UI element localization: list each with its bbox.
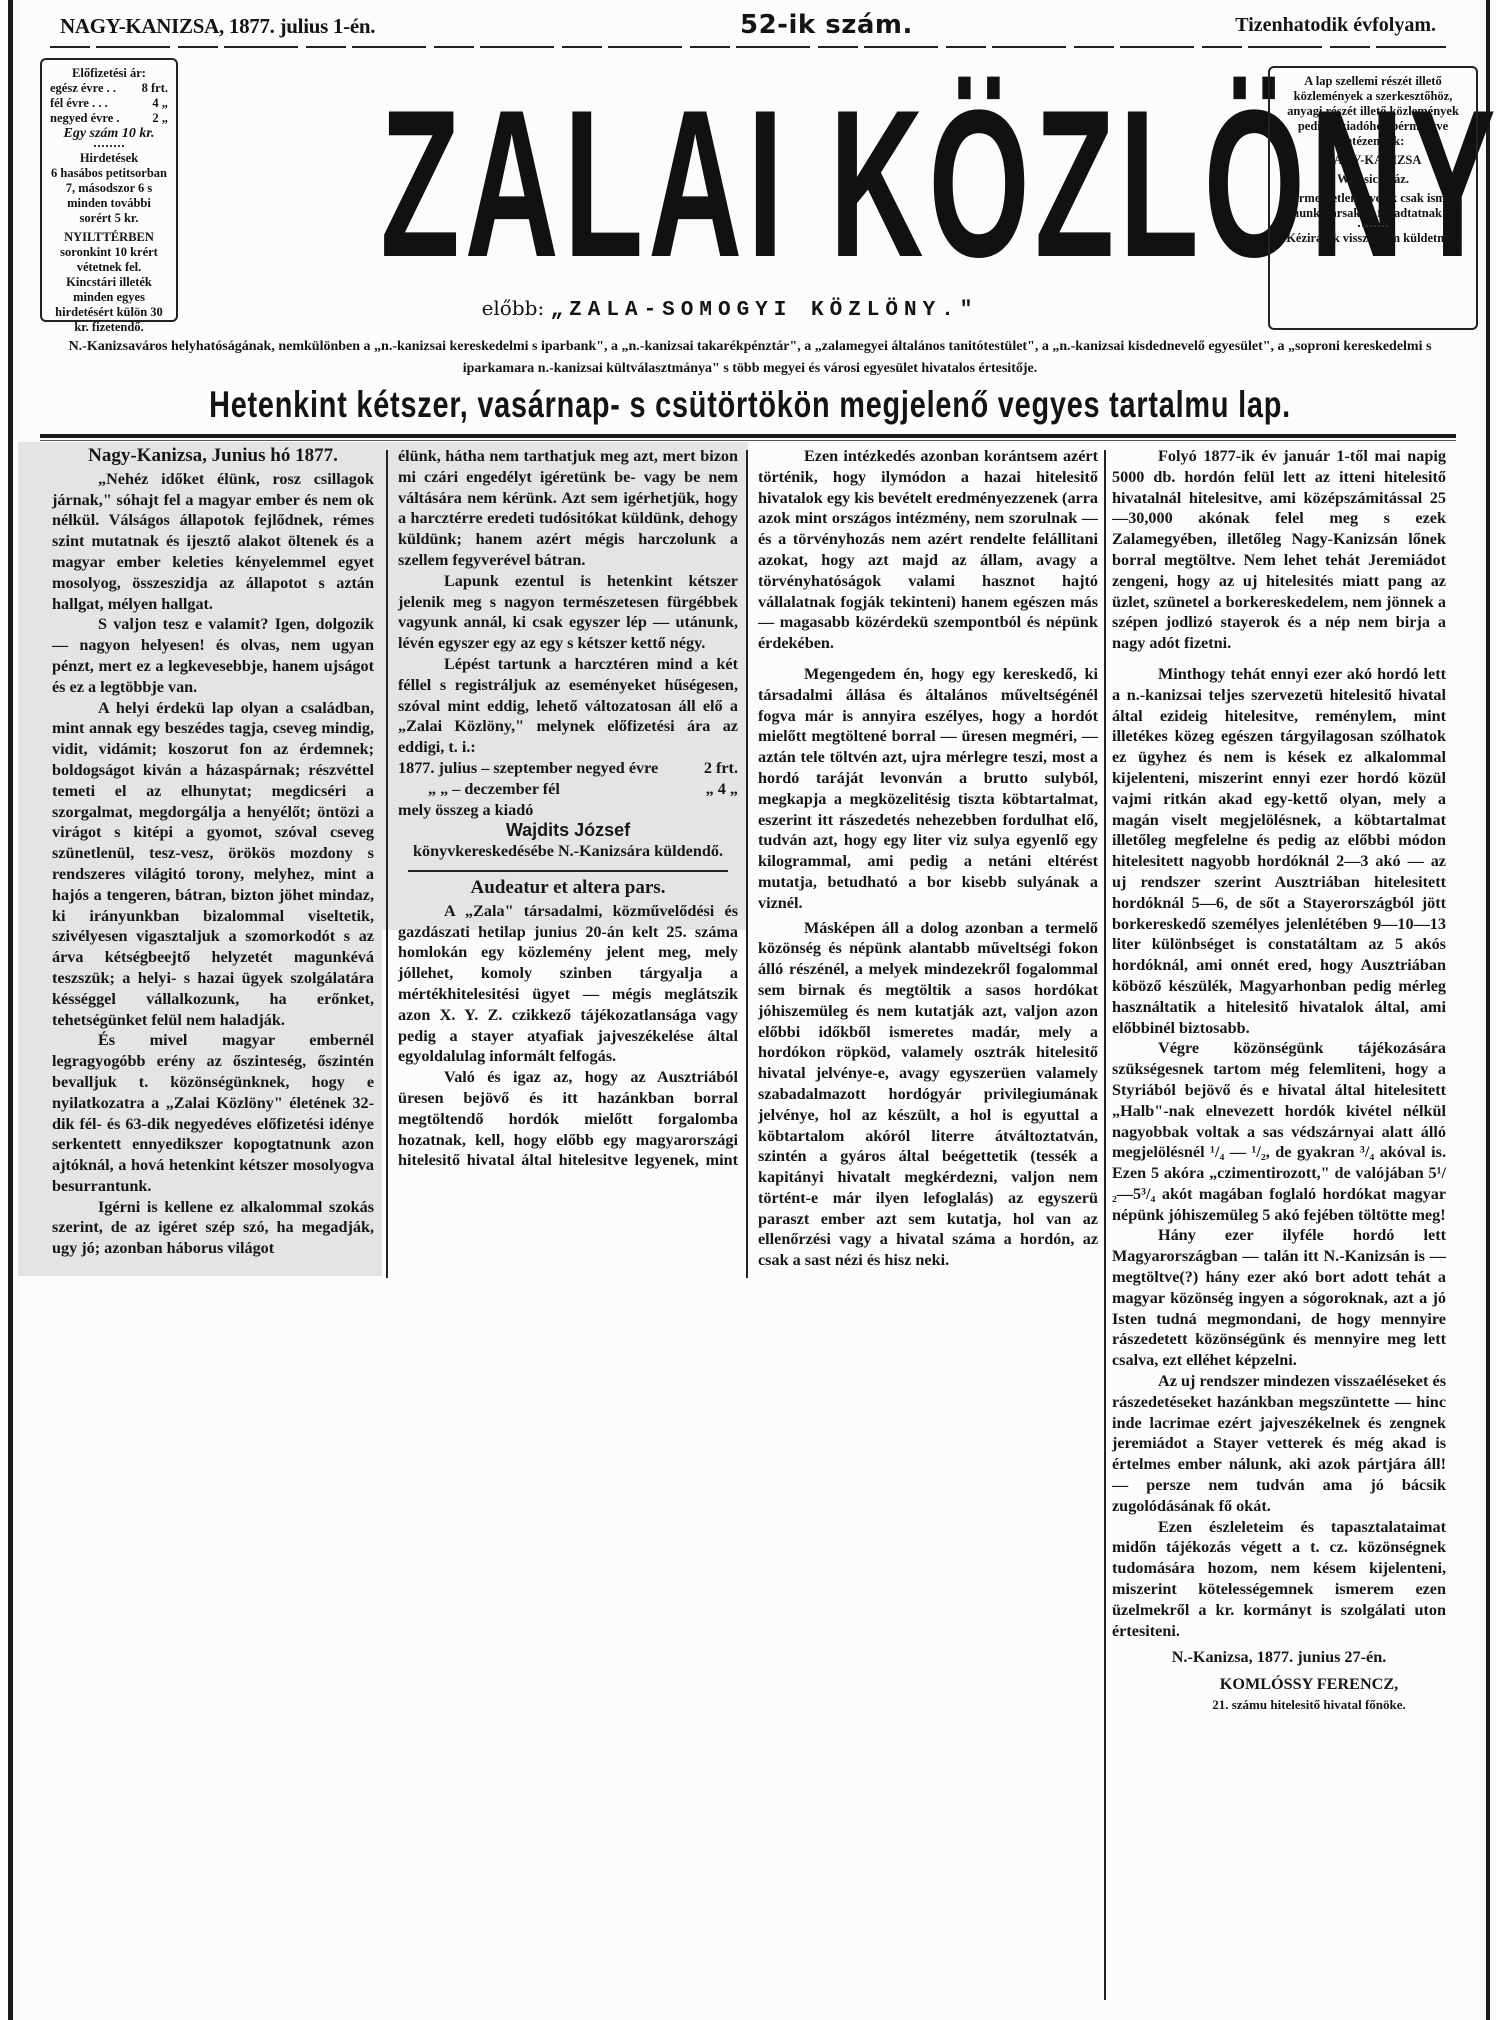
newspaper-page: NAGY-KANIZSA, 1877. julius 1-én. 52-ik s… bbox=[0, 0, 1496, 2020]
formerly-line: előbb: „ZALA-SOMOGYI KÖZLÖNY." bbox=[330, 296, 1130, 322]
masthead-rule bbox=[40, 434, 1456, 438]
paragraph: Végre közönségünk tájékozására szükséges… bbox=[1112, 1038, 1446, 1225]
paragraph: És mivel magyar embernél legragyogóbb er… bbox=[52, 1030, 374, 1196]
divider bbox=[94, 145, 124, 147]
paragraph: Minthogy tehát ennyi ezer akó hordó lett… bbox=[1112, 664, 1446, 1038]
column-1: Nagy-Kanizsa, Junius hó 1877. „Nehéz idő… bbox=[52, 446, 374, 1259]
editorial-address-2: Wlassics-ház. bbox=[1278, 172, 1468, 187]
editorial-text-4: Kéziratok vissza nem küldetnek. bbox=[1278, 231, 1468, 246]
single-copy-price: Egy szám 10 kr. bbox=[50, 126, 168, 141]
column-rule bbox=[746, 450, 748, 1278]
tagline: Hetenkint kétszer, vasárnap- s csütörtök… bbox=[196, 384, 1304, 426]
paragraph: Folyó 1877-ik év január 1-től mai napig … bbox=[1112, 446, 1446, 654]
column-rule bbox=[386, 450, 388, 1278]
paragraph: Hány ezer ilyféle hordó lett Magyarorszá… bbox=[1112, 1225, 1446, 1371]
divider bbox=[408, 870, 728, 872]
column-rule bbox=[1104, 450, 1106, 2000]
paragraph: Való és igaz az, hogy az Ausztriából üre… bbox=[398, 1067, 738, 1171]
price-period: 1877. julius – szeptember negyed évre bbox=[398, 758, 658, 779]
ads-heading: Hirdetések bbox=[50, 151, 168, 166]
editorial-box: A lap szellemi részét illető közlemények… bbox=[1268, 66, 1478, 330]
formerly-label: előbb: bbox=[482, 296, 545, 320]
formerly-title: „ZALA-SOMOGYI KÖZLÖNY." bbox=[551, 299, 979, 322]
official-organ-line: N.-Kanizsaváros helyhatóságának, nemkülö… bbox=[40, 336, 1460, 380]
paragraph: Ezen észleleteim és tapasztalataimat mid… bbox=[1112, 1517, 1446, 1642]
editorial-address: NAGY-KANIZSA bbox=[1278, 153, 1468, 168]
paragraph: Igérni is kellene ez alkalommal szokás s… bbox=[52, 1197, 374, 1259]
column-2: élünk, hátha nem tarthatjuk meg azt, mer… bbox=[398, 446, 738, 1171]
stamp-text: Kincstári illeték minden egyes hirdetésé… bbox=[50, 275, 168, 335]
place-date: NAGY-KANIZSA, 1877. julius 1-én. bbox=[60, 14, 375, 39]
price-value: 8 frt. bbox=[142, 81, 168, 96]
price-value: 4 „ bbox=[152, 96, 168, 111]
subscription-heading: Előfizetési ár: bbox=[50, 66, 168, 81]
nyiltter-text: soronkint 10 krért vétetnek fel. bbox=[50, 245, 168, 275]
masthead-topline: NAGY-KANIZSA, 1877. julius 1-én. 52-ik s… bbox=[60, 14, 1436, 44]
column-4: Folyó 1877-ik év január 1-től mai napig … bbox=[1112, 446, 1446, 1716]
paragraph: Másképen áll a dolog azonban a termelő k… bbox=[758, 918, 1098, 1272]
article-heading: Audeatur et altera pars. bbox=[398, 878, 738, 899]
price-value: 2 „ bbox=[152, 111, 168, 126]
paragraph: mely összeg a kiadó bbox=[398, 800, 738, 821]
paragraph: élünk, hátha nem tarthatjuk meg azt, mer… bbox=[398, 446, 738, 571]
subscription-price-row: 1877. julius – szeptember negyed évre 2 … bbox=[398, 758, 738, 779]
editorial-text-2: anyagi részét illető közlemények pedig a… bbox=[1278, 104, 1468, 149]
ads-text: 6 hasábos petitsorban 7, másodszor 6 s m… bbox=[50, 166, 168, 226]
paragraph: Lépést tartunk a harcztéren mind a két f… bbox=[398, 654, 738, 758]
subscription-price-row: „ „ – deczember fél „ 4 „ bbox=[398, 779, 738, 800]
author-name: KOMLÓSSY FERENCZ, bbox=[1112, 1674, 1446, 1695]
paragraph: Megengedem én, hogy egy kereskedő, ki tá… bbox=[758, 664, 1098, 914]
price-period: „ „ – deczember fél bbox=[428, 779, 560, 800]
nyiltter-heading: NYILTTÉRBEN bbox=[50, 230, 168, 245]
paragraph: „Nehéz időket élünk, rosz csillagok járn… bbox=[52, 469, 374, 615]
page-border-right bbox=[1486, 0, 1490, 2020]
price-label: negyed évre . bbox=[50, 111, 120, 126]
price-row: egész évre . .8 frt. bbox=[50, 81, 168, 96]
paragraph: S valjon tesz e valamit? Igen, dolgozik … bbox=[52, 614, 374, 697]
paragraph: Az uj rendszer mindezen visszaéléseket é… bbox=[1112, 1371, 1446, 1517]
price-label: egész évre . . bbox=[50, 81, 116, 96]
editorial-text-1: A lap szellemi részét illető közlemények… bbox=[1278, 74, 1468, 104]
top-rule bbox=[50, 46, 1446, 48]
editorial-text-3: Bérmentetlen levelek csak ismert munkatá… bbox=[1278, 191, 1468, 221]
article-heading: Nagy-Kanizsa, Junius hó 1877. bbox=[52, 446, 374, 467]
publisher-note: könyvkereskedésébe N.-Kanizsára küldendő… bbox=[398, 841, 738, 862]
publisher-name: Wajdits József bbox=[398, 820, 738, 841]
price-row: fél évre . . .4 „ bbox=[50, 96, 168, 111]
price-amount: 2 frt. bbox=[704, 758, 738, 779]
closing-place-date: N.-Kanizsa, 1877. junius 27-én. bbox=[1112, 1647, 1446, 1668]
volume: Tizenhatodik évfolyam. bbox=[1235, 14, 1436, 37]
price-amount: „ 4 „ bbox=[706, 779, 738, 800]
page-border-left bbox=[8, 0, 13, 2020]
divider bbox=[1358, 225, 1388, 227]
issue-number: 52-ik szám. bbox=[740, 10, 913, 40]
subscription-box: Előfizetési ár: egész évre . .8 frt. fél… bbox=[40, 58, 178, 322]
price-label: fél évre . . . bbox=[50, 96, 108, 111]
price-row: negyed évre .2 „ bbox=[50, 111, 168, 126]
paragraph: Ezen intézkedés azonban korántsem azért … bbox=[758, 446, 1098, 654]
paragraph: Lapunk ezentul is hetenkint kétszer jele… bbox=[398, 571, 738, 654]
newspaper-title: ZALAI KÖZLÖNY bbox=[380, 84, 1060, 284]
author-title: 21. számu hitelesitő hivatal főnöke. bbox=[1112, 1695, 1446, 1716]
paragraph: A „Zala" társadalmi, közművelődési és ga… bbox=[398, 901, 738, 1067]
column-3: Ezen intézkedés azonban korántsem azért … bbox=[758, 446, 1098, 1274]
paragraph: A helyi érdekü lap olyan a családban, mi… bbox=[52, 698, 374, 1031]
masthead-rule-thin bbox=[40, 440, 1456, 441]
